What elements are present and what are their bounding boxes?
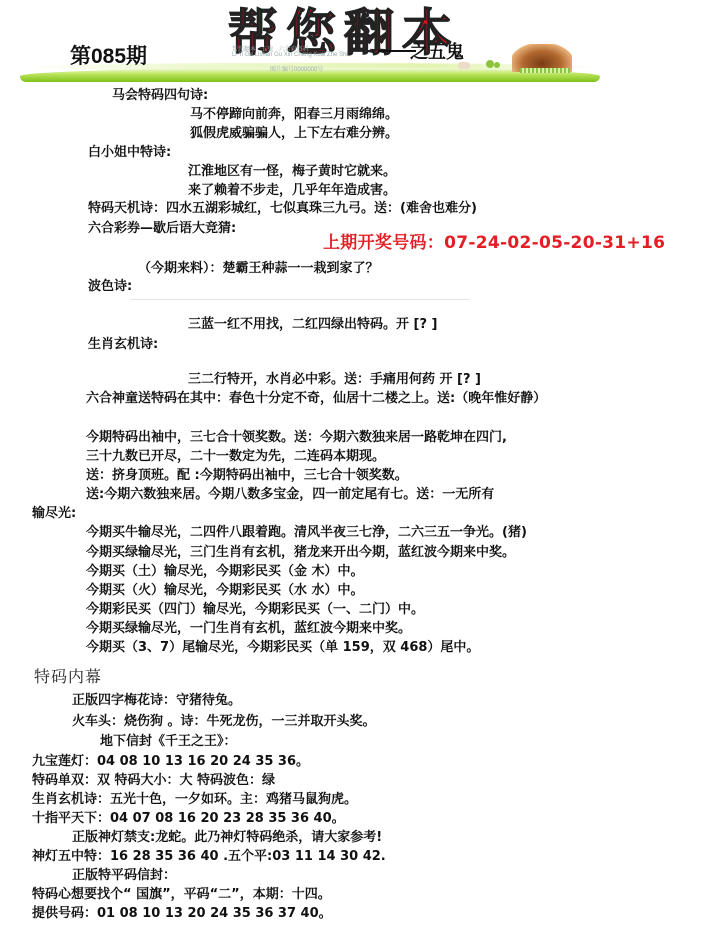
text-line: 神灯五中特：16 28 35 36 40 .五个平:03 11 14 30 42… (32, 848, 386, 866)
poem-line: 来了赖着不步走，几乎年年造成害。 (188, 182, 396, 200)
shentong-line: 六合神童送特码在其中：春色十分定不奇，仙居十二楼之上。送:（晚年惟好静） (86, 390, 546, 408)
text-line: 生肖玄机诗：五光十色，一夕如环。主：鸡猪马鼠狗虎。 (32, 791, 357, 809)
poem-title: 波色诗: (88, 278, 132, 296)
poem-line: 三蓝一红不用找，二红四绿出特码。开 [? ] (188, 316, 437, 334)
poem-line: 狐假虎威骗骗人，上下左右难分辨。 (190, 125, 398, 143)
last-draw-numbers: 上期开奖号码：07-24-02-05-20-31+16 (323, 228, 665, 253)
fence-icon (520, 68, 570, 73)
poem-line: 三二行特开，水肖必中彩。送：手痛用何药 开 [? ] (188, 371, 481, 389)
text-line: 火车头：烧伤狗 。诗：牛死龙伤，一三并取开头奖。 (72, 713, 376, 731)
poem-title: 输尽光: (32, 505, 76, 523)
poem-title: 六合彩券—歇后语大竞猜: (88, 220, 236, 238)
riddle-line: （今期来料）：楚霸王种蒜一一栽到家了？ (138, 260, 379, 278)
text-line: 特码单双：双 特码大小：大 特码波色：绿 (32, 772, 275, 790)
text-line: 今期买绿输尽光，一门生肖有玄机，蓝红波今期来中奖。 (86, 620, 411, 638)
text-line: 地下信封《千王之王》： (100, 733, 237, 751)
poem-line: 江淮地区有一怪，梅子黄时它就来。 (188, 163, 396, 181)
text-line: 今期买（3、7）尾输尽光，今期彩民买（单 159，双 468）尾中。 (86, 639, 479, 657)
text-line: 十指平天下：04 07 08 16 20 23 28 35 36 40。 (32, 810, 345, 828)
banner-small-text: Li Yi Ge Lishan Gu Xin Cheng Kuai Zhe Sh… (232, 52, 348, 58)
sheep-icon (458, 62, 470, 69)
text-line: 送：挤身顶班。配 :今期特码出袖中，三七合十领奖数。 (86, 467, 408, 485)
header-banner: 第085期 帮您翻本 之五鬼 帮您翻本 · 五鬼 · 六合彩资料 Li Yi G… (0, 0, 720, 88)
page-subtitle: 之五鬼 (410, 38, 464, 64)
text-line: 九宝莲灯：04 08 10 13 16 20 24 35 36。 (32, 753, 309, 771)
text-line: 今期买绿输尽光，三门生肖有玄机，猪龙来开出今期，蓝红波今期来中奖。 (86, 544, 515, 562)
text-line: 正版特平码信封： (72, 867, 176, 885)
text-line: 正版神灯禁支:龙蛇。此乃神灯特码绝杀，请大家参考! (72, 829, 382, 847)
text-line: 特码心想要找个“ 国旗”，平码“二”，本期：十四。 (32, 886, 331, 904)
text-line: 送:今期六数独来居。今期八数多宝金，四一前定尾有七。送：一无所有 (86, 486, 494, 504)
poem-title: 白小姐中特诗: (88, 144, 171, 162)
text-line: 今期买（土）输尽光，今期彩民买（金 木）中。 (86, 563, 364, 581)
text-line: 今期买牛输尽光，二四件八跟着跑。清风半夜三七浄，二六三五一争光。(猪) (86, 524, 527, 542)
tree-icon (494, 62, 500, 68)
text-line: 正版四字梅花诗：守猪待兔。 (72, 692, 241, 710)
divider (130, 299, 470, 300)
poem-title: 生肖玄机诗: (88, 336, 158, 354)
tree-icon (486, 60, 494, 68)
banner-small-text: 图片编号0000000号 (270, 64, 323, 73)
text-line: 今期彩民买（四门）输尽光，今期彩民买（一、二门）中。 (86, 601, 424, 619)
last-draw-label: 上期开奖号码： (323, 233, 444, 253)
issue-number: 第085期 (70, 40, 147, 70)
section-title: 特码内幕 (34, 664, 102, 687)
last-draw-value: 07-24-02-05-20-31+16 (444, 233, 665, 253)
text-line: 三十九数已开尽，二十一数定为先，二连码本期现。 (86, 448, 385, 466)
text-line: 今期特码出袖中，三七合十领奖数。送：今期六数独来居一路乾坤在四门, (86, 429, 507, 447)
text-line: 今期买（火）输尽光，今期彩民买（水 水）中。 (86, 582, 364, 600)
tianji-line: 特码天机诗：四水五湖彩城红，七似真珠三九弓。送：(难舍也难分) (88, 200, 477, 218)
poem-line: 马不停蹄向前奔，阳春三月雨绵绵。 (190, 106, 398, 124)
poem-title: 马会特码四句诗: (112, 87, 208, 105)
text-line: 提供号码：01 08 10 13 20 24 35 36 37 40。 (32, 905, 332, 923)
